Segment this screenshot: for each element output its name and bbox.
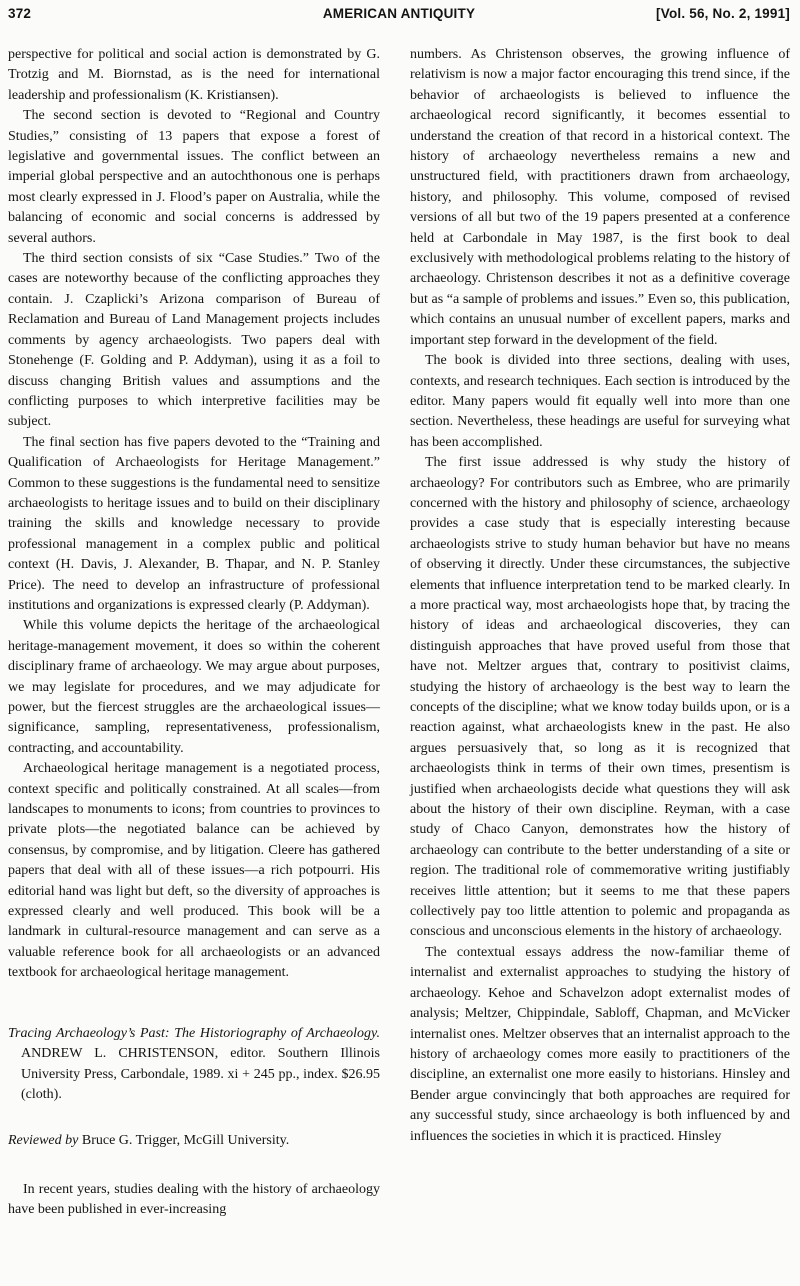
- reviewed-by-label: Reviewed by: [8, 1133, 78, 1148]
- reviewer-line: Reviewed by Bruce G. Trigger, McGill Uni…: [8, 1131, 380, 1151]
- paragraph: The second section is devoted to “Region…: [8, 106, 380, 249]
- journal-title: AMERICAN ANTIQUITY: [204, 6, 595, 21]
- left-column: perspective for political and social act…: [8, 45, 380, 1221]
- paragraph: The book is divided into three sections,…: [410, 351, 790, 453]
- paragraph: numbers. As Christenson observes, the gr…: [410, 45, 790, 351]
- paragraph: perspective for political and social act…: [8, 45, 380, 106]
- volume-info: [Vol. 56, No. 2, 1991]: [595, 6, 791, 21]
- right-column: numbers. As Christenson observes, the gr…: [410, 45, 790, 1221]
- journal-page: 372 AMERICAN ANTIQUITY [Vol. 56, No. 2, …: [0, 0, 800, 1286]
- book-title: Tracing Archaeology’s Past: The Historio…: [8, 1026, 380, 1041]
- paragraph: The third section consists of six “Case …: [8, 249, 380, 433]
- running-head: 372 AMERICAN ANTIQUITY [Vol. 56, No. 2, …: [8, 6, 790, 21]
- paragraph: In recent years, studies dealing with th…: [8, 1180, 380, 1221]
- paragraph: The final section has five papers devote…: [8, 433, 380, 617]
- paragraph: Archaeological heritage management is a …: [8, 759, 380, 983]
- reviewer-name: Bruce G. Trigger, McGill University.: [78, 1133, 289, 1148]
- book-publication-details: ANDREW L. CHRISTENSON, editor. Southern …: [21, 1046, 380, 1102]
- two-column-body: perspective for political and social act…: [8, 45, 790, 1221]
- page-number: 372: [8, 6, 204, 21]
- paragraph: The first issue addressed is why study t…: [410, 453, 790, 943]
- paragraph: The contextual essays address the now-fa…: [410, 943, 790, 1147]
- paragraph: While this volume depicts the heritage o…: [8, 616, 380, 759]
- book-citation: Tracing Archaeology’s Past: The Historio…: [8, 1024, 380, 1106]
